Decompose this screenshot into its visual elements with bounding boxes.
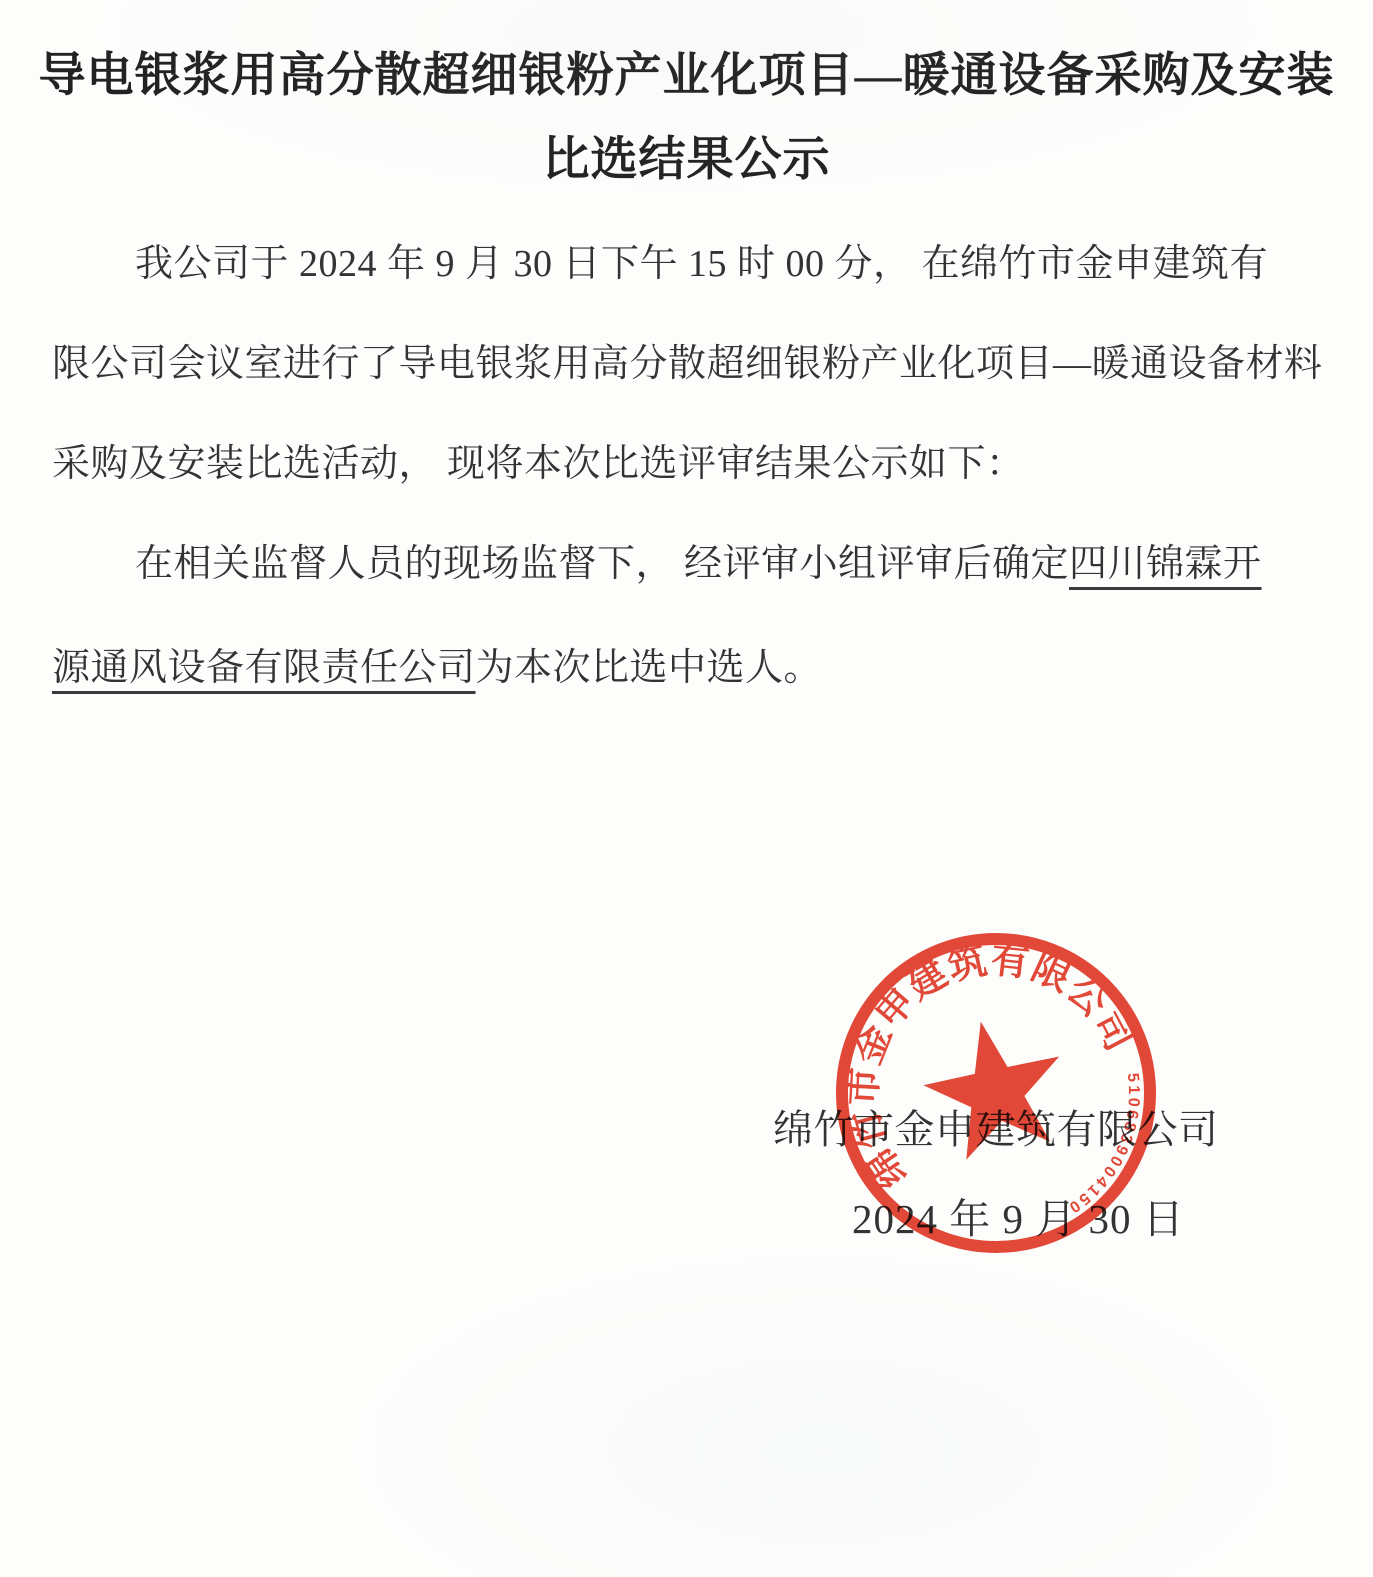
seal-serial-number: 5106839004150 — [1063, 1072, 1142, 1217]
star-icon — [923, 1022, 1059, 1160]
paragraph2-line2: 源通风设备有限责任公司为本次比选中选人。 — [52, 636, 822, 691]
document-title-line-2: 比选结果公示 — [0, 122, 1373, 189]
seal-serial-number-path: 5106839004150 — [1063, 1072, 1142, 1217]
document-title-line-1: 导电银浆用高分散超细银粉产业化项目—暖通设备采购及安装 — [0, 38, 1373, 105]
paragraph2-line2-text: 为本次比选中选人。 — [476, 647, 823, 689]
paragraph1-line1: 我公司于 2024 年 9 月 30 日下午 15 时 00 分， 在绵竹市金申… — [135, 232, 1268, 287]
paragraph1-line2: 限公司会议室进行了导电银浆用高分散超细银粉产业化项目—暖通设备材料 — [52, 332, 1323, 387]
winner-name-underlined-part2: 源通风设备有限责任公司 — [52, 647, 476, 689]
paragraph2-line1: 在相关监督人员的现场监督下， 经评审小组评审后确定四川锦霖开 — [135, 532, 1262, 587]
winner-name-underlined-part1: 四川锦霖开 — [1069, 543, 1262, 585]
document-page: 导电银浆用高分散超细银粉产业化项目—暖通设备采购及安装 比选结果公示 我公司于 … — [0, 0, 1373, 1577]
paragraph2-line1-text: 在相关监督人员的现场监督下， 经评审小组评审后确定 — [135, 543, 1069, 585]
paragraph1-line3: 采购及安装比选活动， 现将本次比选评审结果公示如下： — [52, 432, 1025, 487]
company-seal-stamp: 绵竹市金申建筑有限公司 5106839004150 — [816, 913, 1176, 1273]
